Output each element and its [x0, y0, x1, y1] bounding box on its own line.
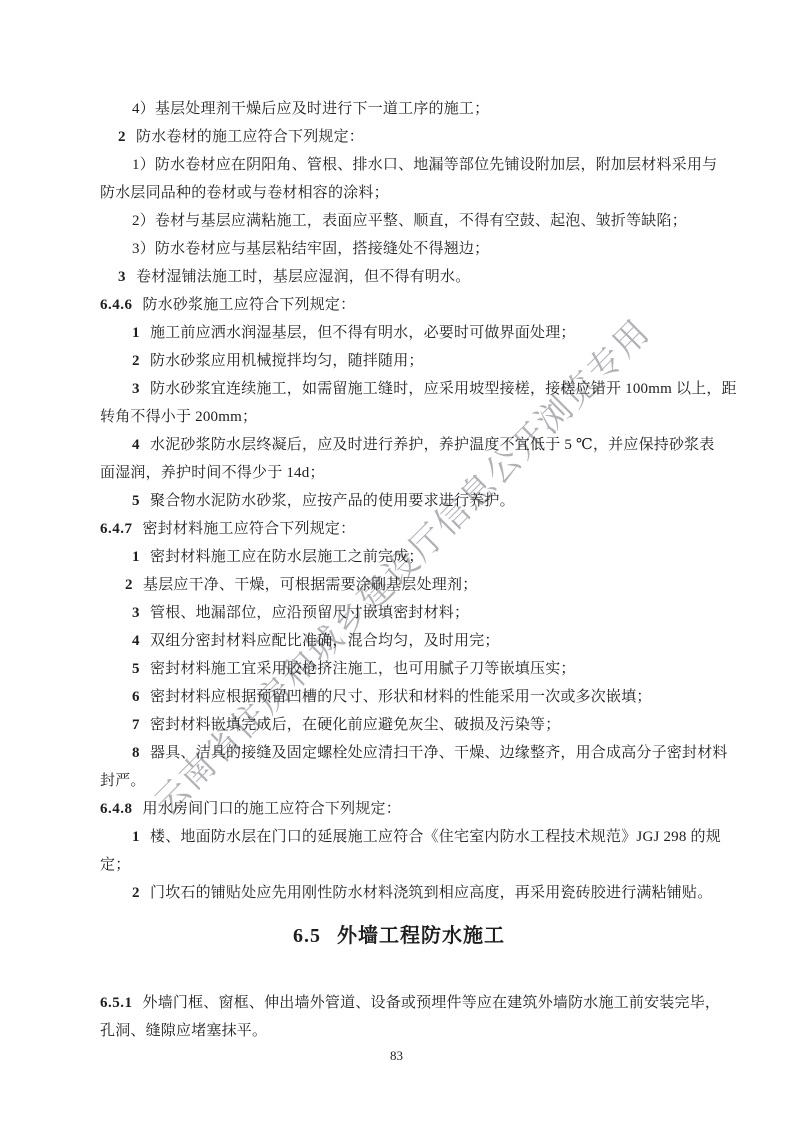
clause-text: 密封材料应根据预留凹槽的尺寸、形状和材料的性能采用一次或多次嵌填；: [150, 689, 652, 705]
clause-line: 6密封材料应根据预留凹槽的尺寸、形状和材料的性能采用一次或多次嵌填；: [100, 683, 698, 711]
page-number: 83: [0, 1048, 793, 1064]
clause-number: 2: [132, 353, 140, 369]
clause-line: 3管根、地漏部位，应沿预留尺寸嵌填密封材料；: [100, 599, 698, 627]
clause-line: 3卷材湿铺法施工时，基层应湿润，但不得有明水。: [100, 263, 698, 291]
clause-text: 封严。: [100, 773, 146, 789]
clause-text: 防水砂浆应用机械搅拌均匀，随拌随用；: [150, 353, 424, 369]
clause-line: 1）防水卷材应在阴阳角、管根、排水口、地漏等部位先铺设附加层，附加层材料采用与: [100, 151, 698, 179]
clause-text: 外墙门框、窗框、伸出墙外管道、设备或预埋件等应在建筑外墙防水施工前安装完毕，: [143, 995, 721, 1011]
clause-number: 1: [132, 829, 140, 845]
clause-number: 2: [118, 129, 126, 145]
clause-line: 定；: [100, 851, 698, 879]
section-clause-lines: 6.5.1外墙门框、窗框、伸出墙外管道、设备或预埋件等应在建筑外墙防水施工前安装…: [100, 989, 698, 1045]
clause-number: 7: [132, 717, 140, 733]
clause-text: 管根、地漏部位，应沿预留尺寸嵌填密封材料；: [150, 605, 469, 621]
clause-number: 4: [132, 437, 140, 453]
clause-text: 密封材料施工应在防水层施工之前完成；: [150, 549, 424, 565]
clause-line: 4水泥砂浆防水层终凝后，应及时进行养护，养护温度不宜低于 5 ℃，并应保持砂浆表: [100, 431, 698, 459]
clause-text: 基层应干净、干燥，可根据需要涂刷基层处理剂；: [143, 577, 477, 593]
clause-line: 1密封材料施工应在防水层施工之前完成；: [100, 543, 698, 571]
document-page: 云南省住房和城乡建设厅信息公开浏览专用 4）基层处理剂干燥后应及时进行下一道工序…: [0, 0, 793, 1122]
clause-line: 4）基层处理剂干燥后应及时进行下一道工序的施工；: [100, 95, 698, 123]
clause-line: 2）卷材与基层应满粘施工，表面应平整、顺直，不得有空鼓、起泡、皱折等缺陷；: [100, 207, 698, 235]
clause-line: 2防水砂浆应用机械搅拌均匀，随拌随用；: [100, 347, 698, 375]
clause-text: 孔洞、缝隙应堵塞抹平。: [100, 1023, 267, 1039]
clause-number: 3: [132, 381, 140, 397]
clause-line: 孔洞、缝隙应堵塞抹平。: [100, 1017, 698, 1045]
clause-line: 封严。: [100, 767, 698, 795]
clause-number: 2: [132, 885, 140, 901]
clause-number: 2: [125, 577, 133, 593]
clause-text: 双组分密封材料应配比准确，混合均匀，及时用完；: [150, 633, 500, 649]
clause-text: 密封材料施工宜采用胶枪挤注施工，也可用腻子刀等嵌填压实；: [150, 661, 576, 677]
clause-text: 水泥砂浆防水层终凝后，应及时进行养护，养护温度不宜低于 5 ℃，并应保持砂浆表: [150, 437, 715, 453]
clause-text: 用水房间门口的施工应符合下列规定：: [143, 801, 401, 817]
clause-text: 3）防水卷材应与基层粘结牢固，搭接缝处不得翘边；: [132, 241, 489, 257]
clause-line: 3防水砂浆宜连续施工，如需留施工缝时，应采用坡型接槎，接槎应错开 100mm 以…: [100, 375, 698, 403]
clause-text: 防水砂浆宜连续施工，如需留施工缝时，应采用坡型接槎，接槎应错开 100mm 以上…: [150, 381, 737, 397]
clause-line: 6.4.8用水房间门口的施工应符合下列规定：: [100, 795, 698, 823]
clause-line: 6.4.6防水砂浆施工应符合下列规定：: [100, 291, 698, 319]
clause-text: 防水卷材的施工应符合下列规定：: [136, 129, 364, 145]
clause-text: 卷材湿铺法施工时，基层应湿润，但不得有明水。: [136, 269, 470, 285]
clause-line: 1楼、地面防水层在门口的延展施工应符合《住宅室内防水工程技术规范》JGJ 298…: [100, 823, 698, 851]
clause-number: 5: [132, 493, 140, 509]
clause-text: 门坎石的铺贴处应先用刚性防水材料浇筑到相应高度，再采用瓷砖胶进行满粘铺贴。: [150, 885, 712, 901]
clause-text: 防水层同品种的卷材或与卷材相容的涂料；: [100, 185, 389, 201]
clause-number: 6: [132, 689, 140, 705]
clause-number: 1: [132, 549, 140, 565]
section-heading: 6.5外墙工程防水施工: [100, 917, 698, 955]
clause-number: 3: [132, 605, 140, 621]
clause-text: 密封材料嵌填完成后，在硬化前应避免灰尘、破损及污染等；: [150, 717, 560, 733]
clause-line: 2防水卷材的施工应符合下列规定：: [100, 123, 698, 151]
clause-text: 2）卷材与基层应满粘施工，表面应平整、顺直，不得有空鼓、起泡、皱折等缺陷；: [132, 213, 687, 229]
clause-text: 密封材料施工应符合下列规定：: [143, 521, 356, 537]
clause-text: 面湿润，养护时间不得少于 14d；: [100, 465, 325, 481]
clause-lines: 4）基层处理剂干燥后应及时进行下一道工序的施工；2防水卷材的施工应符合下列规定：…: [100, 95, 698, 907]
clause-number: 8: [132, 745, 140, 761]
clause-line: 4双组分密封材料应配比准确，混合均匀，及时用完；: [100, 627, 698, 655]
clause-line: 1施工前应洒水润湿基层，但不得有明水，必要时可做界面处理；: [100, 319, 698, 347]
clause-number: 6.5.1: [100, 995, 133, 1011]
clause-line: 6.4.7密封材料施工应符合下列规定：: [100, 515, 698, 543]
clause-text: 转角不得小于 200mm；: [100, 409, 257, 425]
document-content: 4）基层处理剂干燥后应及时进行下一道工序的施工；2防水卷材的施工应符合下列规定：…: [100, 95, 698, 1045]
clause-line: 2门坎石的铺贴处应先用刚性防水材料浇筑到相应高度，再采用瓷砖胶进行满粘铺贴。: [100, 879, 698, 907]
clause-line: 3）防水卷材应与基层粘结牢固，搭接缝处不得翘边；: [100, 235, 698, 263]
clause-number: 4: [132, 633, 140, 649]
clause-line: 转角不得小于 200mm；: [100, 403, 698, 431]
clause-text: 楼、地面防水层在门口的延展施工应符合《住宅室内防水工程技术规范》JGJ 298 …: [150, 829, 721, 845]
clause-line: 2基层应干净、干燥，可根据需要涂刷基层处理剂；: [100, 571, 698, 599]
clause-number: 6.4.6: [100, 297, 133, 313]
clause-text: 防水砂浆施工应符合下列规定：: [143, 297, 356, 313]
clause-line: 5聚合物水泥防水砂浆，应按产品的使用要求进行养护。: [100, 487, 698, 515]
clause-text: 定；: [100, 857, 130, 873]
clause-text: 施工前应洒水润湿基层，但不得有明水，必要时可做界面处理；: [150, 325, 576, 341]
clause-number: 6.4.8: [100, 801, 133, 817]
clause-line: 5密封材料施工宜采用胶枪挤注施工，也可用腻子刀等嵌填压实；: [100, 655, 698, 683]
clause-text: 器具、洁具的接缝及固定螺栓处应清扫干净、干燥、边缘整齐，用合成高分子密封材料: [150, 745, 728, 761]
clause-line: 防水层同品种的卷材或与卷材相容的涂料；: [100, 179, 698, 207]
clause-number: 6.4.7: [100, 521, 133, 537]
clause-line: 6.5.1外墙门框、窗框、伸出墙外管道、设备或预埋件等应在建筑外墙防水施工前安装…: [100, 989, 698, 1017]
clause-number: 3: [118, 269, 126, 285]
clause-number: 1: [132, 325, 140, 341]
clause-line: 面湿润，养护时间不得少于 14d；: [100, 459, 698, 487]
clause-number: 5: [132, 661, 140, 677]
clause-text: 1）防水卷材应在阴阳角、管根、排水口、地漏等部位先铺设附加层，附加层材料采用与: [132, 157, 717, 173]
clause-line: 8器具、洁具的接缝及固定螺栓处应清扫干净、干燥、边缘整齐，用合成高分子密封材料: [100, 739, 698, 767]
section-number: 6.5: [293, 925, 321, 947]
clause-text: 聚合物水泥防水砂浆，应按产品的使用要求进行养护。: [150, 493, 515, 509]
clause-text: 4）基层处理剂干燥后应及时进行下一道工序的施工；: [132, 101, 489, 117]
section-title: 外墙工程防水施工: [337, 925, 505, 947]
clause-line: 7密封材料嵌填完成后，在硬化前应避免灰尘、破损及污染等；: [100, 711, 698, 739]
